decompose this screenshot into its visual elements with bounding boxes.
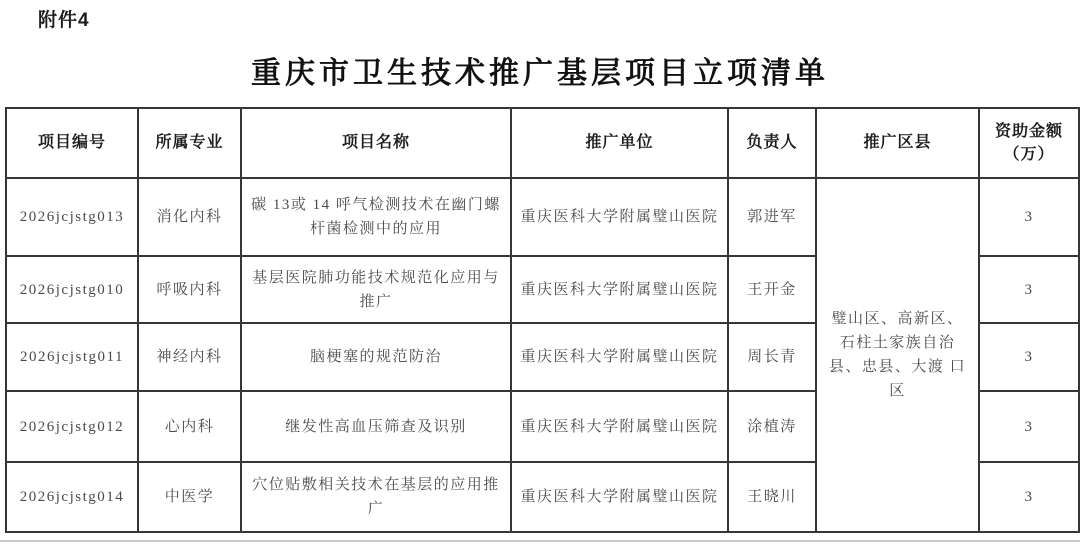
table-header-row: 项目编号 所属专业 项目名称 推广单位 负责人 推广区县 资助金额（万）: [6, 108, 1079, 178]
cell-project-id: 2026jcjstg012: [6, 391, 138, 462]
header-funding-amount: 资助金额（万）: [979, 108, 1079, 178]
cell-specialty: 神经内科: [138, 323, 241, 391]
header-promotion-region: 推广区县: [816, 108, 979, 178]
cell-project-name: 继发性高血压筛查及识别: [241, 391, 511, 462]
cell-funding-amount: 3: [979, 256, 1079, 323]
cell-leader: 涂植涛: [728, 391, 816, 462]
cell-promotion-unit: 重庆医科大学附属璧山医院: [511, 391, 728, 462]
header-project-name: 项目名称: [241, 108, 511, 178]
header-leader: 负责人: [728, 108, 816, 178]
cell-leader: 郭进军: [728, 178, 816, 256]
cell-specialty: 呼吸内科: [138, 256, 241, 323]
cell-promotion-unit: 重庆医科大学附属璧山医院: [511, 178, 728, 256]
table-row: 2026jcjstg013 消化内科 碳 13或 14 呼气检测技术在幽门螺杆菌…: [6, 178, 1079, 256]
cell-leader: 周长青: [728, 323, 816, 391]
next-row-partial-border: [0, 540, 1080, 542]
cell-project-id: 2026jcjstg014: [6, 462, 138, 532]
cell-promotion-unit: 重庆医科大学附属璧山医院: [511, 256, 728, 323]
attachment-label: 附件4: [38, 5, 90, 32]
cell-project-name: 穴位贴敷相关技术在基层的应用推广: [241, 462, 511, 532]
cell-project-name: 脑梗塞的规范防治: [241, 323, 511, 391]
cell-promotion-unit: 重庆医科大学附属璧山医院: [511, 323, 728, 391]
cell-promotion-region-merged: 璧山区、高新区、石柱土家族自治县、忠县、大渡 口区: [816, 178, 979, 532]
cell-project-id: 2026jcjstg013: [6, 178, 138, 256]
cell-project-name: 碳 13或 14 呼气检测技术在幽门螺杆菌检测中的应用: [241, 178, 511, 256]
header-specialty: 所属专业: [138, 108, 241, 178]
page-title: 重庆市卫生技术推广基层项目立项清单: [0, 48, 1080, 92]
cell-specialty: 心内科: [138, 391, 241, 462]
cell-promotion-unit: 重庆医科大学附属璧山医院: [511, 462, 728, 532]
cell-funding-amount: 3: [979, 323, 1079, 391]
cell-project-name: 基层医院肺功能技术规范化应用与推广: [241, 256, 511, 323]
cell-leader: 王开金: [728, 256, 816, 323]
cell-project-id: 2026jcjstg010: [6, 256, 138, 323]
cell-funding-amount: 3: [979, 178, 1079, 256]
cell-specialty: 中医学: [138, 462, 241, 532]
header-project-id: 项目编号: [6, 108, 138, 178]
cell-funding-amount: 3: [979, 462, 1079, 532]
cell-leader: 王晓川: [728, 462, 816, 532]
header-promotion-unit: 推广单位: [511, 108, 728, 178]
project-approval-table: 项目编号 所属专业 项目名称 推广单位 负责人 推广区县 资助金额（万） 202…: [5, 107, 1080, 533]
cell-funding-amount: 3: [979, 391, 1079, 462]
cell-specialty: 消化内科: [138, 178, 241, 256]
cell-project-id: 2026jcjstg011: [6, 323, 138, 391]
